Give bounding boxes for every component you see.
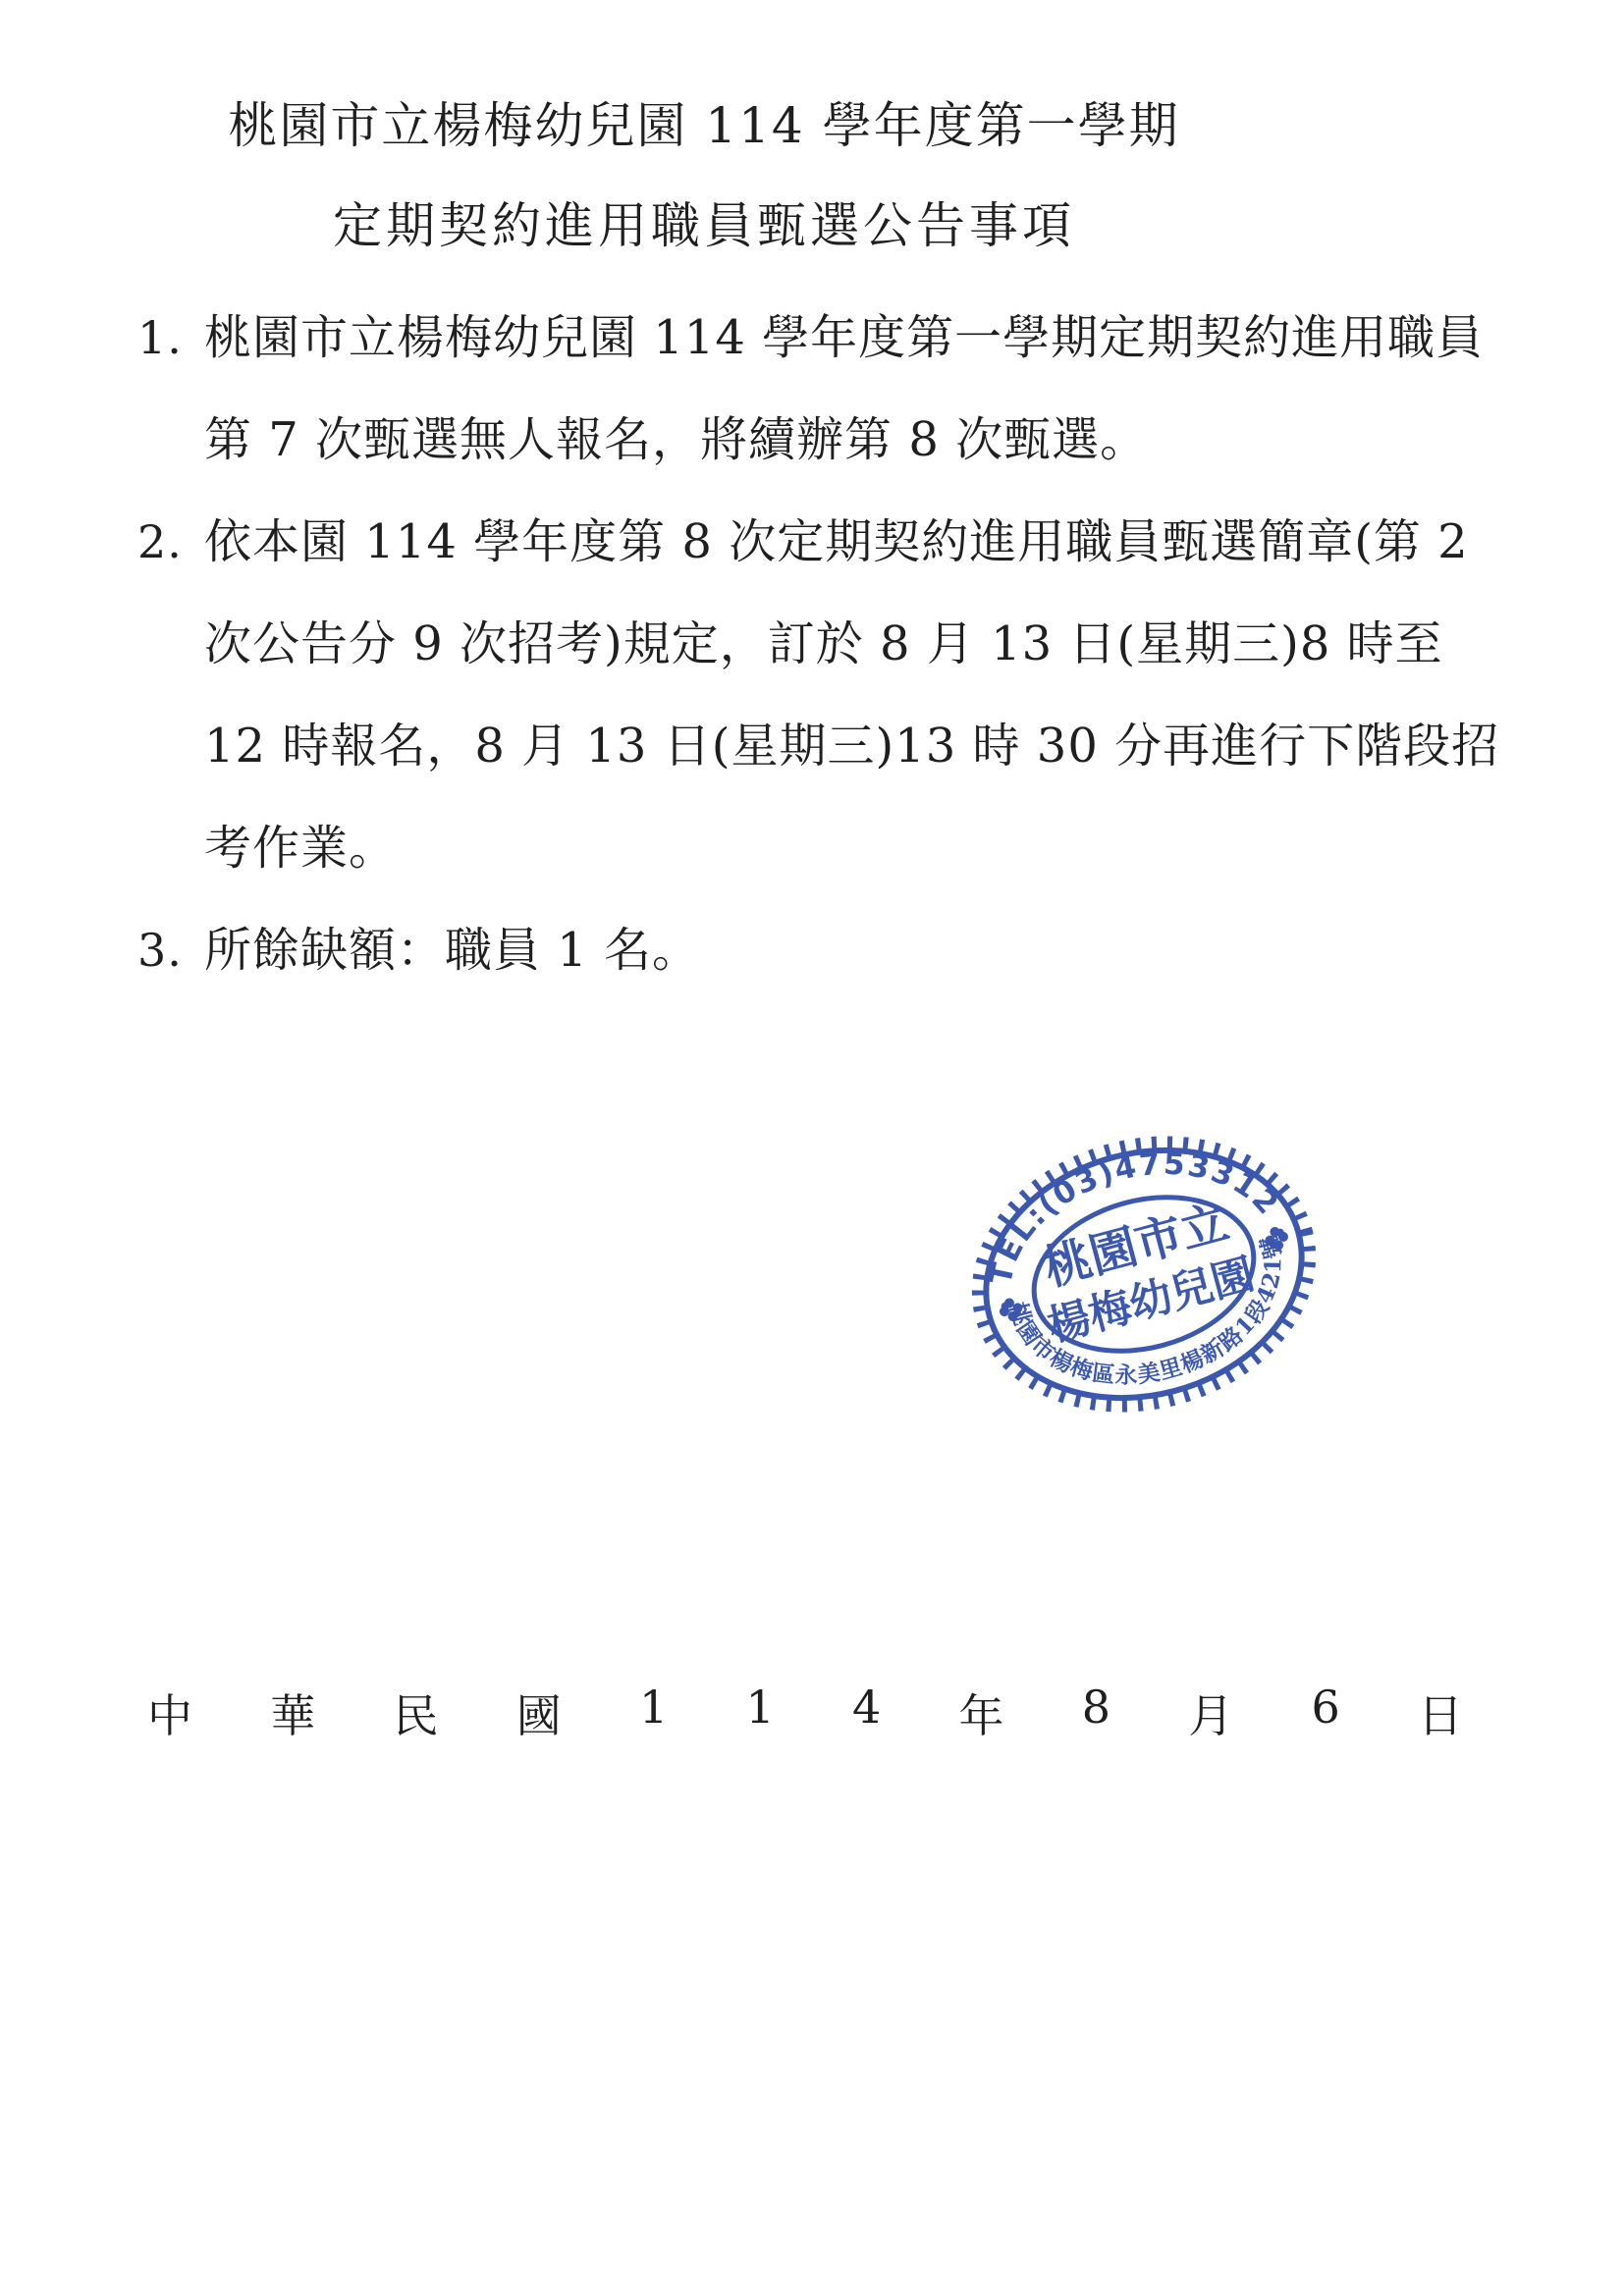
date-token: 1 [639,1681,668,1745]
item-number: 2. [137,491,183,593]
date-token: 民 [393,1681,438,1745]
announcement-list: 1. 桃園市立楊梅幼兒園 114 學年度第一學期定期契約進用職員 第 7 次甄選… [137,287,1507,1001]
item-text-line: 第 7 次甄選無人報名，將續辦第 8 次甄選。 [204,389,1507,491]
date-token: 日 [1418,1681,1463,1745]
announcement-document-page: 桃園市立楊梅幼兒園 114 學年度第一學期 定期契約進用職員甄選公告事項 1. … [0,0,1624,2296]
date-token: 8 [1082,1681,1110,1745]
date-token: 中 [147,1681,192,1745]
document-title-line2: 定期契約進用職員甄選公告事項 [0,187,1408,257]
item-text-line: 次公告分 9 次招考)規定，訂於 8 月 13 日(星期三)8 時至 [204,593,1507,695]
item-text-line: 考作業。 [204,797,1507,899]
list-item: 3. 所餘缺額：職員 1 名。 [137,899,1507,1001]
date-token: 1 [745,1681,774,1745]
item-text-line: 依本園 114 學年度第 8 次定期契約進用職員甄選簡章(第 2 [204,491,1507,593]
document-title-line1: 桃園市立楊梅幼兒園 114 學年度第一學期 [0,86,1408,157]
date-token: 華 [270,1681,315,1745]
list-item: 1. 桃園市立楊梅幼兒園 114 學年度第一學期定期契約進用職員 第 7 次甄選… [137,287,1507,491]
item-text-line: 桃園市立楊梅幼兒園 114 學年度第一學期定期契約進用職員 [204,287,1507,389]
official-seal-stamp: TEL:(03)4753312 桃園市楊梅區永美里楊新路1段421號 桃園市立 … [938,1095,1350,1453]
date-token: 國 [516,1681,562,1745]
item-text-line: 所餘缺額：職員 1 名。 [204,899,1507,1001]
stamp-graphic: TEL:(03)4753312 桃園市楊梅區永美里楊新路1段421號 桃園市立 … [938,1095,1350,1453]
date-token: 年 [958,1681,1003,1745]
date-token: 4 [852,1681,881,1745]
list-item: 2. 依本園 114 學年度第 8 次定期契約進用職員甄選簡章(第 2 次公告分… [137,491,1507,899]
item-number: 3. [137,899,183,1001]
item-number: 1. [137,287,183,389]
date-token: 6 [1311,1681,1339,1745]
roc-date-line: 中 華 民 國 1 1 4 年 8 月 6 日 [147,1681,1463,1745]
date-token: 月 [1188,1681,1233,1745]
item-text-line: 12 時報名，8 月 13 日(星期三)13 時 30 分再進行下階段招 [204,695,1507,797]
